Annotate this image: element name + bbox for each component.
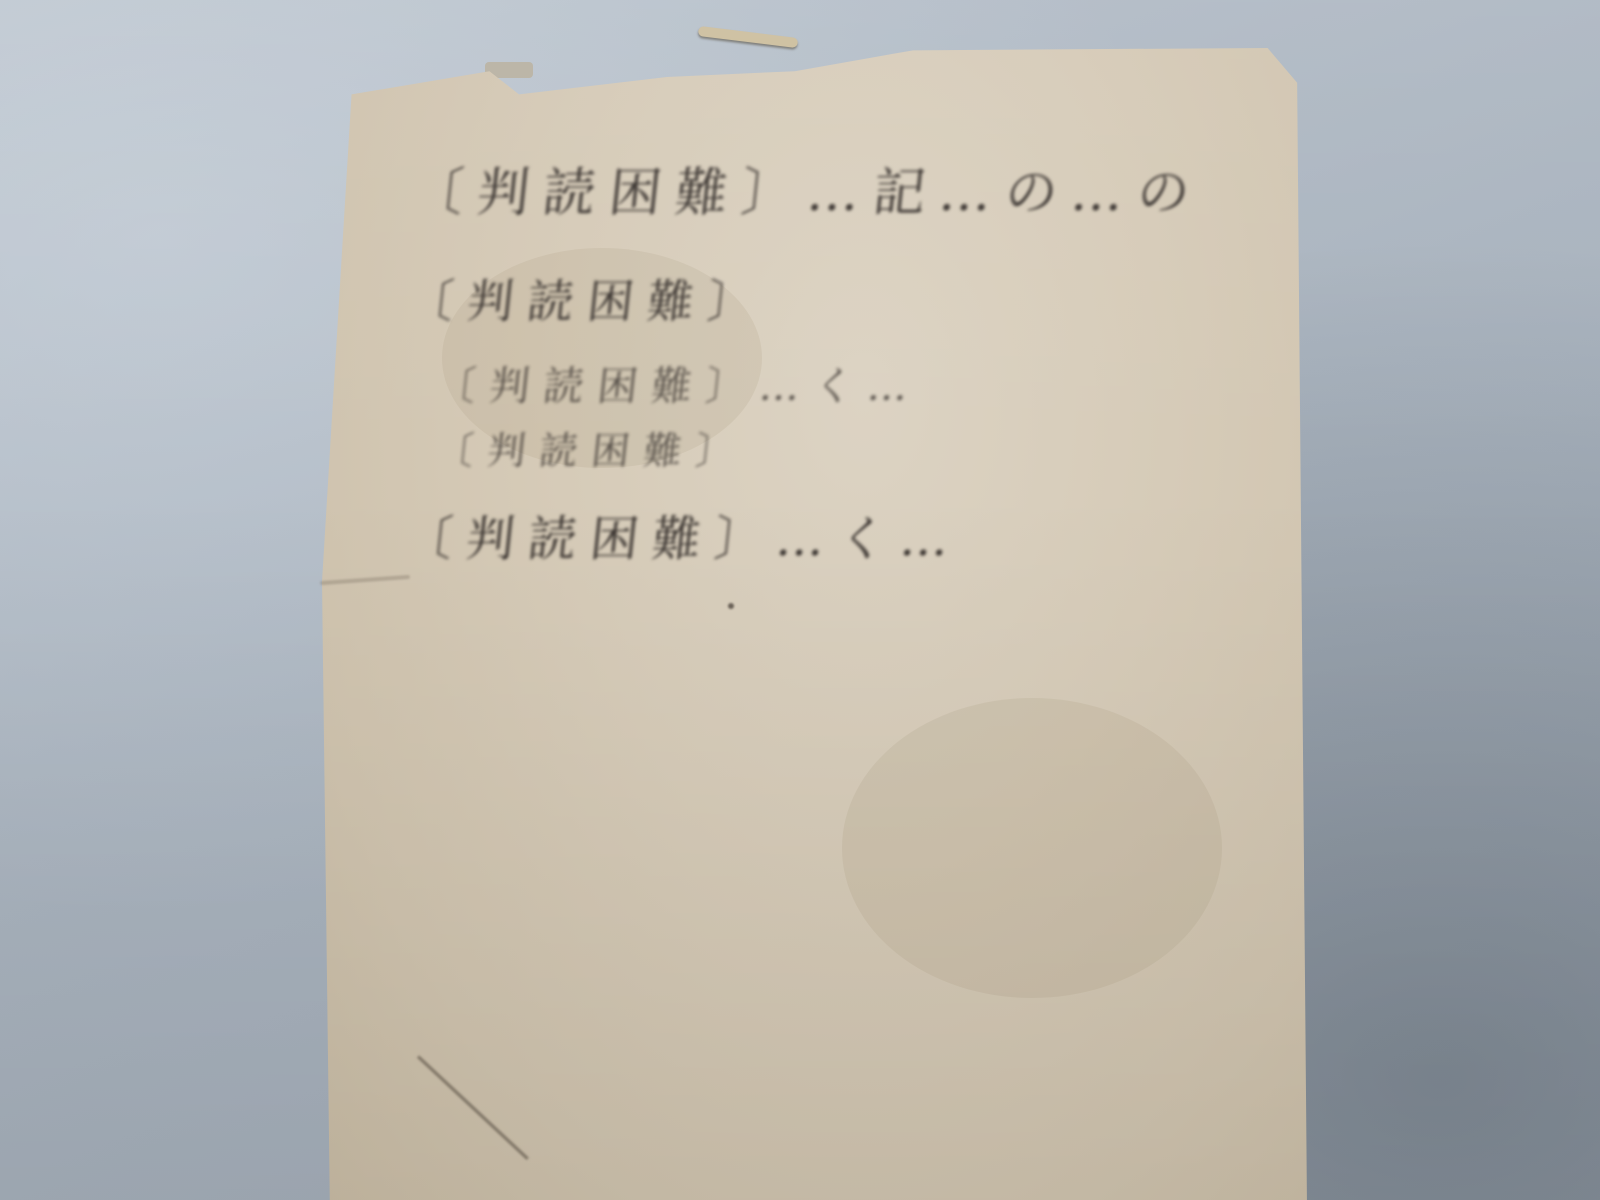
manuscript-line-5: 〔判読困難〕…く…	[401, 500, 966, 569]
ink-dot	[728, 603, 734, 609]
manuscript-line-1: 〔判読困難〕…記…の…の	[408, 150, 1208, 225]
manuscript-line-3: 〔判読困難〕…く…	[433, 355, 925, 412]
manuscript-line-4: 〔判読困難〕	[433, 420, 751, 475]
manuscript-line-2: 〔判読困難〕	[405, 265, 772, 331]
paper-stain	[842, 698, 1222, 998]
